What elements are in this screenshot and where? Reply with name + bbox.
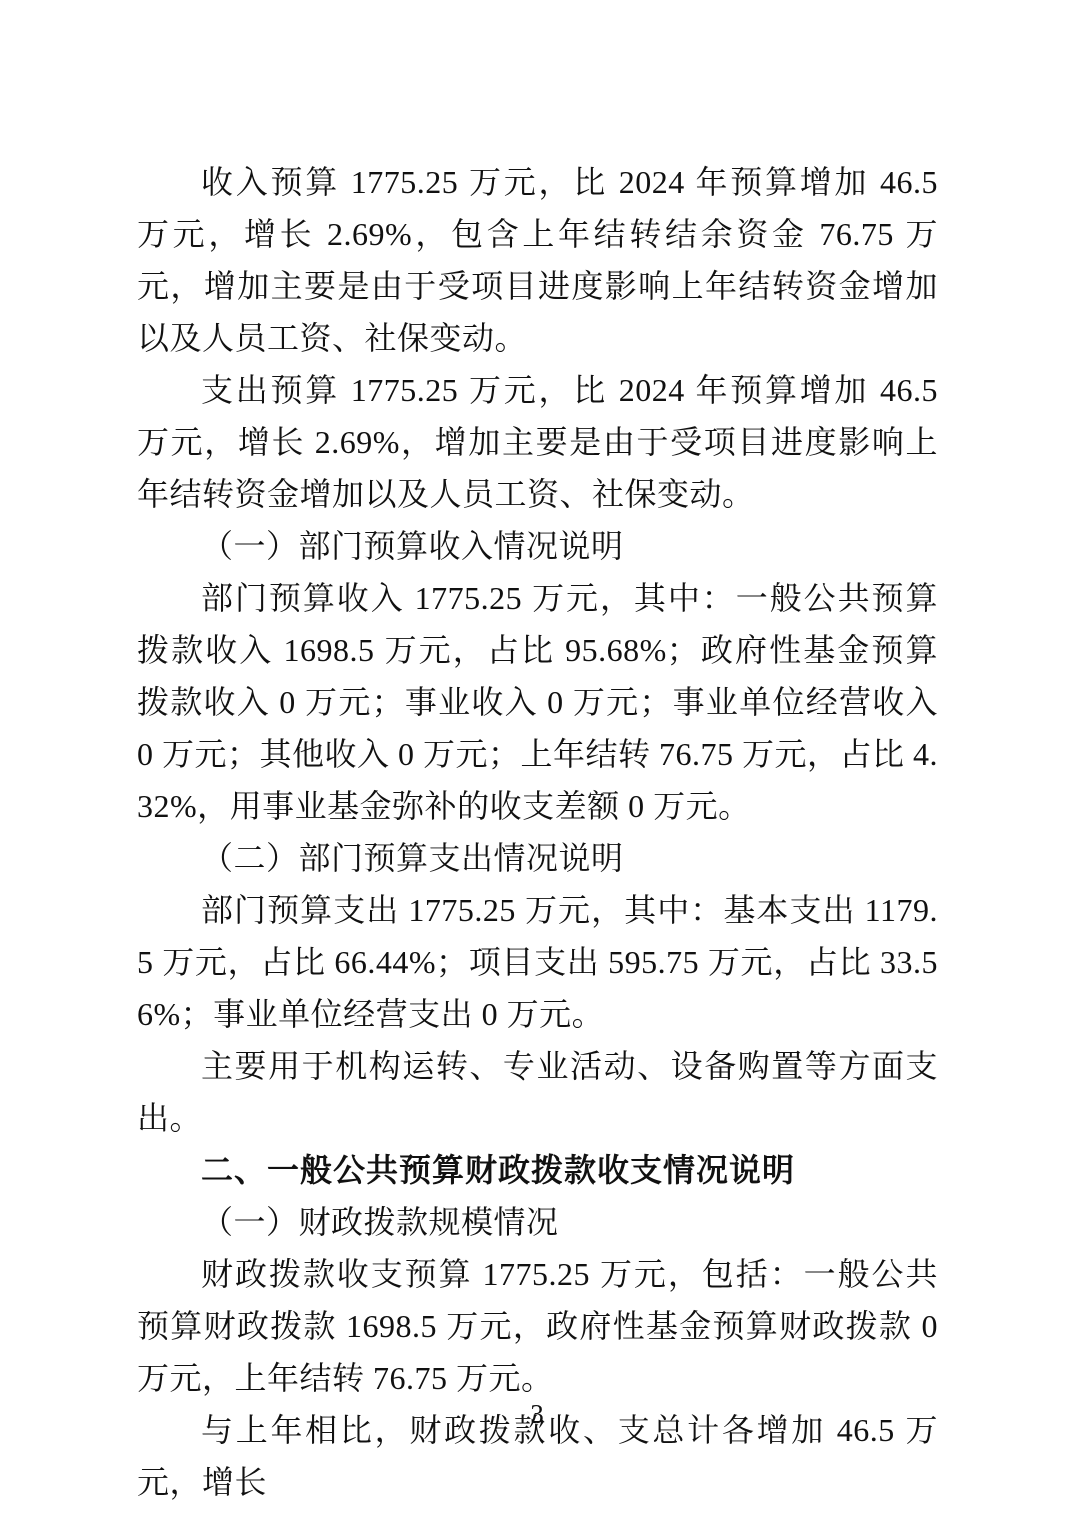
document-body: 收入预算 1775.25 万元，比 2024 年预算增加 46.5 万元，增长 … xyxy=(137,156,938,1508)
paragraph-appropriation-total: 财政拨款收支预算 1775.25 万元，包括：一般公共预算财政拨款 1698.5… xyxy=(137,1248,938,1404)
subheading-appropriation-scale: （一）财政拨款规模情况 xyxy=(137,1196,938,1248)
paragraph-expenditure-detail: 部门预算支出 1775.25 万元，其中：基本支出 1179.5 万元，占比 6… xyxy=(137,884,938,1040)
section-heading-fiscal-appropriation: 二、一般公共预算财政拨款收支情况说明 xyxy=(137,1144,938,1196)
page-number: 3 xyxy=(530,1399,544,1429)
subheading-expenditure-explanation: （二）部门预算支出情况说明 xyxy=(137,832,938,884)
subheading-income-explanation: （一）部门预算收入情况说明 xyxy=(137,520,938,572)
document-page: { "page": { "number": "3", "background":… xyxy=(0,0,1074,1520)
page-footer: 3 xyxy=(0,1396,1074,1432)
paragraph-main-use: 主要用于机构运转、专业活动、设备购置等方面支出。 xyxy=(137,1040,938,1144)
paragraph-income-detail: 部门预算收入 1775.25 万元，其中：一般公共预算拨款收入 1698.5 万… xyxy=(137,572,938,832)
paragraph-income-budget: 收入预算 1775.25 万元，比 2024 年预算增加 46.5 万元，增长 … xyxy=(137,156,938,364)
paragraph-expenditure-budget: 支出预算 1775.25 万元，比 2024 年预算增加 46.5 万元，增长 … xyxy=(137,364,938,520)
